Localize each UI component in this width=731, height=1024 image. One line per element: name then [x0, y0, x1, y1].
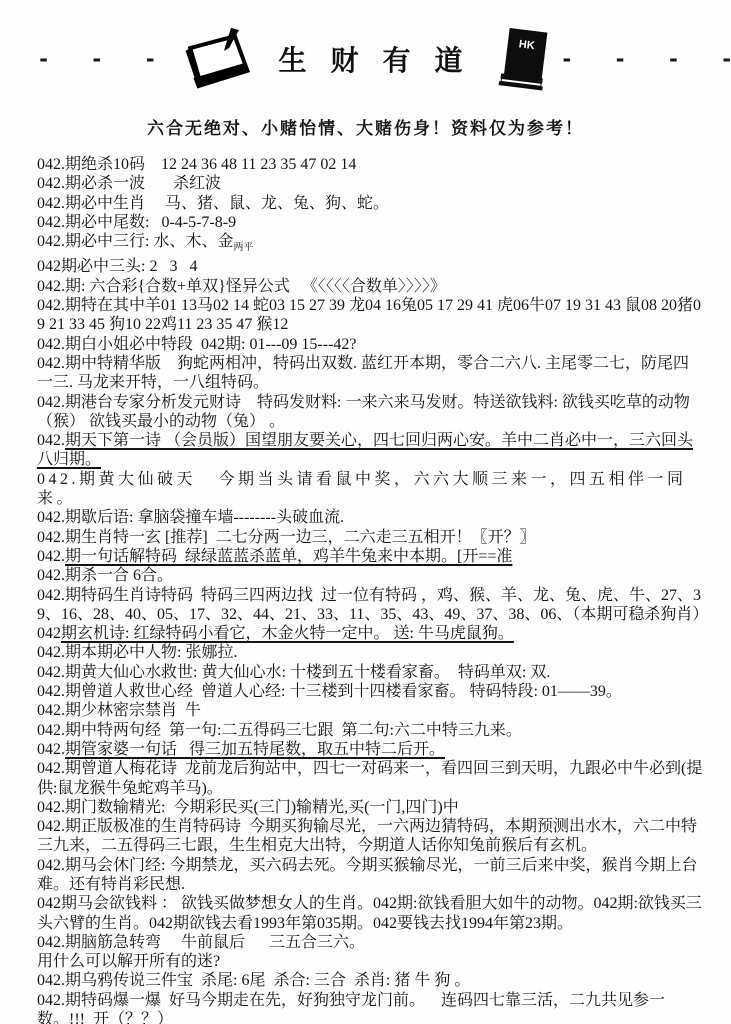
text-line: 042.期黄大仙心水救世: 黄大仙心水: 十楼到五十楼看家畜。 特码单双: 双. [37, 663, 703, 682]
text-line: 042.期天下第一诗 （会员版）国望朋友要关心，四七回归两心安。羊中二肖必中一，… [37, 431, 703, 470]
text-segment: 042.期歇后语: 拿脑袋撞车墙--------头破血流. [37, 509, 344, 526]
text-segment: 042.期黄大仙破天 今期当头请看鼠中奖，六六大顺三来一，四五相伴一同来。 [37, 471, 687, 507]
text-line: 042.期曾道人救世心经 曾道人心经: 十三楼到十四楼看家畜。 特码特段: 01… [37, 682, 703, 701]
text-line: 042.期绝杀10码 12 24 36 48 11 23 35 47 02 14 [37, 155, 703, 174]
text-segment: 042.期必杀一波 杀红波 [37, 175, 221, 192]
text-line: 042.期必中生肖 马、猪、鼠、龙、兔、狗、蛇。 [37, 194, 703, 213]
text-line: 042.期黄大仙破天 今期当头请看鼠中奖，六六大顺三来一，四五相伴一同来。 [37, 470, 703, 509]
text-line: 042.期中特两句经 第一句:二五得码三七跟 第二句:六二中特三九来。 [37, 721, 703, 740]
page-title: 生财有道 [279, 39, 487, 79]
text-segment: 042.期特码生肖诗特码 特码三四两边找 过一位有特码 ，鸡、猴、羊、龙、兔、虎… [37, 587, 708, 623]
text-line: 042.期港台专家分析发元财诗 特码发财料: 一来六来马发财。特送欲钱料: 欲钱… [37, 393, 703, 432]
text-line: 042.期必杀一波 杀红波 [37, 174, 703, 193]
text-segment: 042.期: 六合彩{合数+单双}怪异公式 《〈〈〈〈合数单〉〉〉〉》 [37, 278, 446, 295]
text-segment: 042.期乌鸦传说三件宝 杀尾: 6尾 杀合: 三合 杀肖: 猪 牛 狗 。 [37, 972, 470, 989]
disclaimer: 六合无绝对、小赌怡情、大赌伤身！资料仅为参考！ [0, 114, 731, 139]
text-segment: 042.期正版极准的生肖特码诗 今期买狗输尽光，一六两边猜特码，本期预测出水木，… [37, 818, 697, 854]
text-segment: 042.期曾道人梅花诗 龙前龙后狗站中，四七一对码来一，看四回三到天明，九跟必中… [37, 760, 702, 796]
text-segment: 042.期中特两句经 第一句:二五得码三七跟 第二句:六二中特三九来。 [37, 722, 522, 739]
text-segment: 042.期特码爆一爆 好马今期走在先，好狗独守龙门前。 连码四七靠三活，二九共见… [37, 992, 665, 1024]
text-segment: 042期必中三头: 2 3 4 [37, 258, 197, 275]
text-segment: 042.期必中生肖 马、猪、鼠、龙、兔、狗、蛇。 [37, 195, 389, 212]
text-segment: 042.期特在其中羊01 13马02 14 蛇03 15 27 39 龙04 1… [37, 297, 701, 333]
text-line: 042.期特码生肖诗特码 特码三四两边找 过一位有特码 ，鸡、猴、羊、龙、兔、虎… [37, 586, 703, 625]
content-lines: 042.期绝杀10码 12 24 36 48 11 23 35 47 02 14… [37, 155, 703, 1024]
header-left-dashes: - - - - [0, 47, 171, 71]
text-line: 042.期门数输精光: 今期彩民买(三门)输精光,买(一门,四门)中 [37, 798, 703, 817]
text-line: 042.期生肖特一玄 [推荐] 二七分两一边三，二六走三五相开！〖开？〗 [37, 528, 703, 547]
text-segment: 042.期黄大仙心水救世: 黄大仙心水: 十楼到五十楼看家畜。 特码单双: 双. [37, 664, 550, 681]
notebook-pen-icon [179, 28, 253, 95]
text-line: 042.期必中尾数: 0-4-5-7-8-9 [37, 213, 703, 232]
text-segment: 042.期必中尾数: 0-4-5-7-8-9 [37, 214, 236, 231]
text-segment: 用什么可以解开所有的迷? [37, 953, 220, 970]
book-hk-label: HK [518, 38, 535, 52]
text-line: 042.期杀一合 6合。 [37, 566, 703, 585]
text-segment: 042. [37, 432, 65, 449]
text-segment: 042 [37, 625, 61, 642]
text-line: 042.期必中三行: 水、木、金两平 [37, 232, 703, 257]
text-line: 042.期脑筋急转弯 牛前鼠后 三五合三六。 [37, 933, 703, 952]
text-segment: 042.期生肖特一玄 [推荐] 二七分两一边三，二六走三五相开！〖开？〗 [37, 529, 536, 546]
text-segment: 042.期中特精华版 狗蛇两相冲，特码出双数. 蓝红开本期，零合二六八. 主尾零… [37, 355, 689, 391]
text-segment: 042.期杀一合 6合。 [37, 567, 173, 584]
text-line: 042.期歇后语: 拿脑袋撞车墙--------头破血流. [37, 508, 703, 527]
underlined-text: 期管家婆一句话 得三加五特尾数，取五中特二后开。 [65, 741, 445, 758]
text-line: 042.期本期必中人物: 张娜拉. [37, 643, 703, 662]
text-line: 042.期乌鸦传说三件宝 杀尾: 6尾 杀合: 三合 杀肖: 猪 牛 狗 。 [37, 971, 703, 990]
text-segment: 042. [37, 548, 65, 565]
text-line: 用什么可以解开所有的迷? [37, 952, 703, 971]
text-segment: 042.期本期必中人物: 张娜拉. [37, 644, 237, 661]
text-line: 042.期白小姐必中特段 042期: 01---09 15---42? [37, 335, 703, 354]
text-segment: 042期马会欲钱料 ： 欲钱买做梦想女人的生肖。042期:欲钱看胆大如牛的动物。… [37, 895, 702, 931]
text-segment: 042.期脑筋急转弯 牛前鼠后 三五合三六。 [37, 934, 365, 951]
text-segment: 042. [37, 741, 65, 758]
text-line: 042期玄机诗: 红绿特码小看它，木金火特一定中。 送: 牛马虎鼠狗。 [37, 624, 703, 643]
text-segment: 042.期绝杀10码 12 24 36 48 11 23 35 47 02 14 [37, 156, 356, 173]
text-segment: 042.期港台专家分析发元财诗 特码发财料: 一来六来马发财。特送欲钱料: 欲钱… [37, 394, 690, 430]
text-line: 042.期: 六合彩{合数+单双}怪异公式 《〈〈〈〈合数单〉〉〉〉》 [37, 277, 703, 296]
text-line: 042.期正版极准的生肖特码诗 今期买狗输尽光，一六两边猜特码，本期预测出水木，… [37, 817, 703, 856]
text-line: 042期马会欲钱料 ： 欲钱买做梦想女人的生肖。042期:欲钱看胆大如牛的动物。… [37, 894, 703, 933]
page: - - - - 生财有道 HK [0, 0, 731, 1024]
text-line: 042.期特码爆一爆 好马今期走在先，好狗独守龙门前。 连码四七靠三活，二九共见… [37, 991, 703, 1024]
text-segment: 042.期马会休门经: 今期禁龙，买六码去死。今期买猴输尽光，一前三后来中奖，猴… [37, 857, 697, 893]
header: - - - - 生财有道 HK [0, 0, 731, 100]
text-line: 042.期少林密宗禁肖 牛 [37, 701, 703, 720]
underlined-text: 期天下第一诗 （会员版）国望朋友要关心，四七回归两心安。羊中二肖必中一，三六回头… [37, 432, 693, 468]
book-hk-icon: HK [495, 26, 553, 97]
header-right-dashes: - - - - [561, 47, 731, 71]
text-line: 042.期特在其中羊01 13马02 14 蛇03 15 27 39 龙04 1… [37, 296, 703, 335]
text-segment: 042.期少林密宗禁肖 牛 [37, 702, 201, 719]
text-segment: 042.期曾道人救世心经 曾道人心经: 十三楼到十四楼看家畜。 特码特段: 01… [37, 683, 622, 700]
text-segment: 042.期白小姐必中特段 042期: 01---09 15---42? [37, 336, 357, 353]
underlined-text: 期玄机诗: 红绿特码小看它，木金火特一定中。 送: 牛马虎鼠狗。 [61, 625, 514, 642]
text-line: 042期必中三头: 2 3 4 [37, 257, 703, 276]
underlined-text: 期一句话解特码 绿绿蓝蓝杀蓝单，鸡羊牛兔来中本期。[开==准 [65, 548, 512, 565]
text-line: 042.期管家婆一句话 得三加五特尾数，取五中特二后开。 [37, 740, 703, 759]
text-segment: 042.期必中三行: 水、木、金 [37, 233, 233, 250]
subscript-text: 两平 [233, 242, 253, 253]
text-line: 042.期中特精华版 狗蛇两相冲，特码出双数. 蓝红开本期，零合二六八. 主尾零… [37, 354, 703, 393]
text-line: 042.期曾道人梅花诗 龙前龙后狗站中，四七一对码来一，看四回三到天明，九跟必中… [37, 759, 703, 798]
text-line: 042.期一句话解特码 绿绿蓝蓝杀蓝单，鸡羊牛兔来中本期。[开==准 [37, 547, 703, 566]
text-segment: 042.期门数输精光: 今期彩民买(三门)输精光,买(一门,四门)中 [37, 799, 459, 816]
text-line: 042.期马会休门经: 今期禁龙，买六码去死。今期买猴输尽光，一前三后来中奖，猴… [37, 856, 703, 895]
